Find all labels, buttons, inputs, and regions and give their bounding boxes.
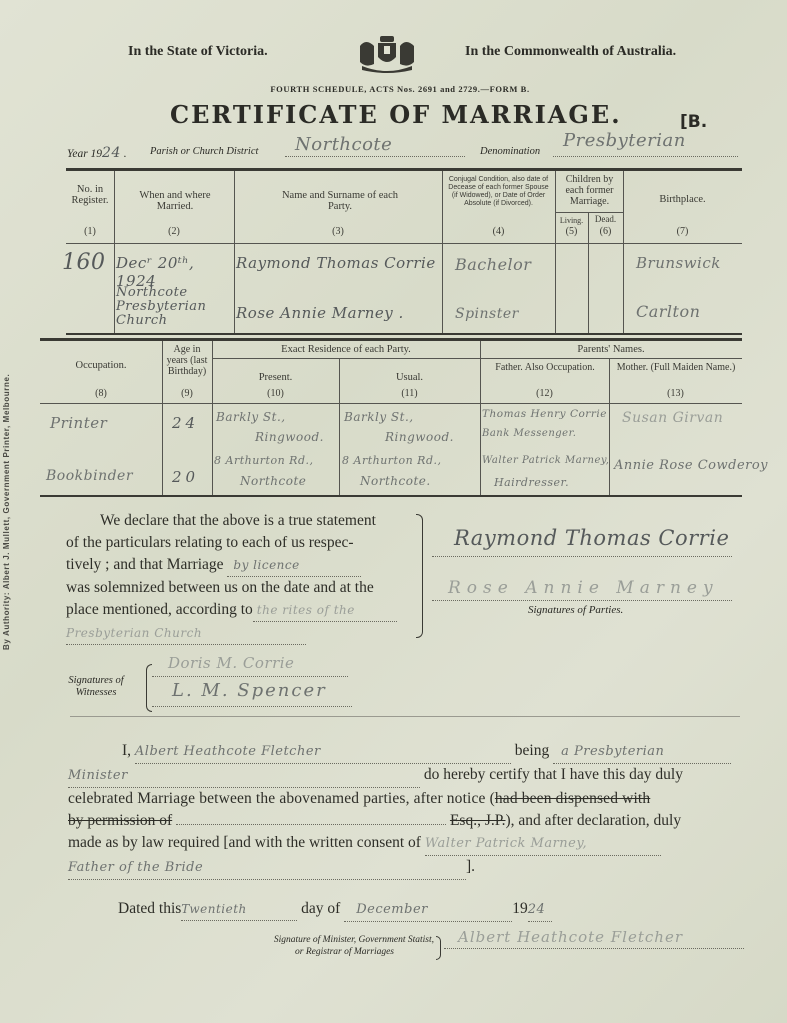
bride-age: 20: [172, 468, 199, 486]
certify-i-label: I,: [122, 742, 131, 759]
bride-birthplace: Carlton: [636, 302, 700, 321]
col-header-usual: Usual.: [339, 372, 480, 383]
table2-top-rule: [40, 338, 742, 341]
witnesses-label-line2: Witnesses: [58, 687, 134, 699]
dated-day-field: Twentieth: [181, 898, 297, 921]
printer-imprint: By Authority: Albert J. Mullett, Governm…: [2, 374, 11, 650]
col-header-condition: Conjugal Condition, also date of Decease…: [446, 176, 551, 208]
bride-mother: Annie Rose Cowderoy: [614, 458, 768, 473]
col-header-father: Father. Also Occupation.: [490, 362, 600, 373]
consent-field-line2: Father of the Bride: [68, 857, 466, 880]
col-header-mother: Mother. (Full Maiden Name.): [612, 362, 740, 373]
dated-month-field: December: [344, 899, 512, 922]
dated-line: Dated thisTwentieth day of December1924: [118, 898, 552, 922]
col-num-2: (2): [114, 226, 234, 237]
bride-usual-line2: Northcote.: [360, 474, 431, 488]
groom-father: Thomas Henry Corrie: [482, 408, 607, 420]
groom-occupation: Printer: [50, 414, 107, 432]
bride-name: Rose Annie Marney .: [236, 304, 404, 322]
being-label: being: [515, 742, 549, 759]
certify-line4-rest: ), and after declaration, duly: [506, 812, 682, 829]
district-label: Parish or Church District: [150, 146, 258, 157]
commonwealth-heading: In the Commonwealth of Australia.: [465, 44, 676, 60]
bride-occupation: Bookbinder: [46, 468, 133, 484]
col-header-birthplace: Birthplace.: [623, 194, 742, 205]
witness1-signature: Doris M. Corrie: [168, 654, 294, 672]
minister-signature: Albert Heathcote Fletcher: [458, 928, 683, 946]
certify-line5: made as by law required [and with the wr…: [68, 834, 421, 851]
dated-year-suffix: 24: [528, 899, 552, 922]
groom-present-line2: Ringwood.: [255, 430, 324, 444]
bride-present-line2: Northcote: [240, 474, 306, 488]
state-heading: In the State of Victoria.: [128, 44, 268, 60]
certify-text: do hereby certify that I have this day d…: [424, 766, 683, 783]
col-header-parents: Parents' Names.: [480, 344, 742, 355]
witness1-line: Doris M. Corrie: [152, 658, 348, 677]
col-num-13: (13): [609, 388, 742, 399]
minister-signature-label: Signature of Minister, Government Statis…: [198, 934, 434, 958]
minister-signature-label-line2: or Registrar of Marriages: [198, 946, 434, 958]
bride-signature: Rose Annie Marney: [448, 578, 719, 598]
witness2-signature: L. M. Spencer: [172, 680, 327, 701]
declaration-line1: We declare that the above is a true stat…: [66, 510, 422, 532]
col-num-11: (11): [339, 388, 480, 399]
denomination-label: Denomination: [480, 146, 540, 157]
groom-father-occupation: Bank Messenger.: [482, 428, 576, 439]
col-num-3: (3): [234, 226, 442, 237]
certification-block: I, Albert Heathcote Fletcher being a Pre…: [68, 740, 744, 880]
rites-field-line1: the rites of the: [253, 599, 397, 622]
permission-field: [176, 810, 446, 825]
col-num-6: (6): [588, 226, 623, 237]
col-header-children: Children by each former Marriage.: [556, 174, 623, 207]
declaration-brace: [416, 514, 423, 638]
declaration-block: We declare that the above is a true stat…: [66, 510, 422, 645]
rites-field-line2: Presbyterian Church: [66, 622, 306, 645]
col-header-dead: Dead.: [588, 214, 623, 225]
col-num-8: (8): [40, 388, 162, 399]
certify-line3: celebrated Marriage between the abovenam…: [68, 790, 495, 807]
groom-signature-line: Raymond Thomas Corrie: [432, 520, 732, 557]
col-num-1: (1): [66, 226, 114, 237]
witnesses-label: Signatures of Witnesses: [58, 675, 134, 699]
denomination-value: Presbyterian: [553, 130, 686, 151]
col-header-living: Living.: [555, 215, 588, 226]
col-header-age: Age in years (last Birthday): [162, 344, 212, 377]
groom-usual-line2: Ringwood.: [385, 430, 454, 444]
struck-dispensed-text: had been dispensed with: [495, 790, 650, 807]
minister-signature-brace: [436, 936, 441, 960]
schedule-line: FOURTH SCHEDULE, ACTS Nos. 2691 and 2729…: [200, 84, 600, 94]
consent-field-line1: Walter Patrick Marney,: [425, 833, 661, 856]
dated-label: Dated this: [118, 900, 181, 917]
groom-usual-line1: Barkly St.,: [344, 410, 414, 424]
district-value: Northcote: [285, 134, 392, 155]
col-header-occupation: Occupation.: [40, 360, 162, 371]
coat-of-arms-icon: [356, 34, 418, 74]
bride-father-occupation: Hairdresser.: [494, 476, 569, 489]
groom-age: 24: [172, 414, 199, 432]
declaration-line3: tively ; and that Marriage: [66, 556, 224, 573]
col-header-when: When and where Married.: [120, 190, 230, 212]
col-num-9: (9): [162, 388, 212, 399]
marriage-by-field: by licence: [227, 554, 361, 577]
col-num-12: (12): [480, 388, 609, 399]
groom-birthplace: Brunswick: [636, 254, 721, 272]
witness2-line: L. M. Spencer: [152, 688, 352, 707]
witnesses-label-line1: Signatures of: [58, 675, 134, 687]
bride-father: Walter Patrick Marney,: [482, 455, 609, 466]
col-num-5: (5): [555, 226, 588, 237]
minister-name-field: Albert Heathcote Fletcher: [135, 741, 511, 764]
year-field: Year 1924 .: [67, 145, 127, 161]
minister-signature-line: Albert Heathcote Fletcher: [444, 930, 744, 949]
col-num-4: (4): [442, 226, 555, 237]
bride-present-line1: 8 Arthurton Rd.,: [214, 454, 314, 467]
col-num-10: (10): [212, 388, 339, 399]
day-of-label: day of: [301, 900, 340, 917]
declaration-line5: place mentioned, according to: [66, 601, 253, 618]
struck-permission-text: by permission of: [68, 812, 172, 829]
district-field: Northcote: [285, 134, 465, 157]
groom-condition: Bachelor: [455, 255, 531, 274]
denomination-fill: a Presbyterian: [553, 741, 731, 764]
declaration-line2: of the particulars relating to each of u…: [66, 532, 422, 554]
declaration-line4: was solemnized between us on the date an…: [66, 577, 422, 599]
register-number: 160: [62, 250, 106, 275]
bride-condition: Spinster: [455, 306, 519, 322]
groom-present-line1: Barkly St.,: [216, 410, 286, 424]
close-bracket: ].: [466, 858, 475, 875]
groom-signature: Raymond Thomas Corrie: [454, 526, 729, 550]
bride-signature-line: Rose Annie Marney: [432, 570, 732, 601]
dated-year-prefix: 19: [512, 900, 528, 917]
denomination-field: Presbyterian: [553, 130, 738, 157]
year-value: 24: [102, 145, 121, 161]
col-header-no: No. in Register.: [66, 184, 114, 206]
year-label: Year 19: [67, 148, 102, 160]
minister-signature-label-line1: Signature of Minister, Government Statis…: [198, 934, 434, 946]
bride-usual-line1: 8 Arthurton Rd.,: [342, 454, 442, 467]
groom-mother: Susan Girvan: [622, 410, 723, 426]
col-header-present: Present.: [212, 372, 339, 383]
col-header-residence: Exact Residence of each Party.: [212, 344, 480, 355]
marriage-place: Northcote Presbyterian Church: [116, 286, 232, 328]
role-field: Minister: [68, 765, 420, 788]
signatures-of-parties-label: Signatures of Parties.: [528, 604, 623, 616]
col-num-7: (7): [623, 226, 742, 237]
groom-name: Raymond Thomas Corrie: [236, 254, 442, 272]
table1-top-rule: [66, 168, 742, 171]
col-header-name: Name and Surname of each Party.: [270, 190, 410, 212]
certificate-title: CERTIFICATE OF MARRIAGE.: [170, 100, 622, 129]
form-code: [B.: [680, 112, 707, 132]
struck-esq-jp: Esq., J.P.: [450, 812, 506, 829]
